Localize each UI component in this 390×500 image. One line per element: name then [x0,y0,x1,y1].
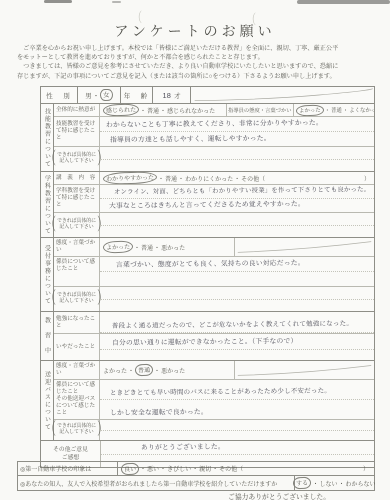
specifics-bubble: （ できれば具体的に記入して下さい ） [54,213,100,237]
option-circled: よかった [103,240,133,253]
bubble-text: できれば具体的に [57,153,96,158]
handwritten-note: ありがとうございました。 [101,441,225,454]
option-separator: ・ [324,106,331,114]
handwritten-note: ときどきとても早い時間のバスに来ることがあったため少し不安だった。 [100,386,331,399]
referral-label: ◎あなたの知人、友人で入校希望者がおられましたら第一自動車学校を紹介していただけ… [18,476,294,490]
bubble-text: できれば具体的に [57,219,96,224]
bus-empty-cell [235,361,374,379]
referral-row: ◎あなたの知人、友人で入校希望者がおられましたら第一自動車学校を紹介していただけ… [18,476,374,490]
bus-staff-label-2: その他送迎バスについて感じたこと [56,396,95,416]
option: しない [320,479,338,488]
reception-empty-cell [235,238,374,256]
handwritten-note: 大事なところはきちんと言ってくださるため覚えやすかった。 [100,199,305,212]
dotted-writing-line: ときどきとても早い時間のバスに来ることがあったため少し不安だった。 [100,380,374,400]
pen-swoosh-mark [191,87,374,103]
option: よくなかった [349,106,374,114]
section-lecture: 学科教習について 講 義 内 容 わかりやすかった・普通・わかりにくかった・その… [41,172,374,238]
reception-staff-label: 係員について感じたこと [54,257,100,286]
intro-line: をモットーとして教習を進めておりますが、何かと不都合を感じられたことと存じます。 [17,53,375,62]
intro-paragraph: ご卒業を心からお祝い申し上げます。本校では「皆様にご満足いただける教習」を全面に… [17,44,375,81]
option-other: その他（ [219,464,243,473]
scanned-survey-page: { "artifacts": { "paren": "（" }, "header… [0,0,390,500]
training-learned-label: 勉強になったこと [54,312,100,333]
option-separator: ・ [311,479,319,488]
specifics-bubble: （ できれば具体的に記入して下さい ） [54,420,100,440]
lecture-content-label: 講 義 内 容 [54,172,100,184]
option: 悪かった [161,243,185,252]
option-separator: ・ [191,464,199,473]
skill-comments-row: 技能教習を受けて特に感じたこと わからないことも丁寧に教えてくださり、非常に分か… [54,117,374,147]
dotted-writing-line: わからないことも丁寧に教えてくださり、非常に分かりやすかった。 [100,117,374,132]
specifics-bubble: （ できれば具体的に記入して下さい ） [54,287,100,311]
option-other: その他（ [241,174,265,183]
lecture-comments-row: 学科教習を受けて特に感じたこと オンライン、対面、どちらとも「わかりやすい授業」… [54,185,374,213]
dotted-writing-line [100,160,374,172]
lecture-content-options: わかりやすかった・普通・わかりにくかった・その他（ ） [100,172,374,184]
bus-comments-row: 係員について感じたこと その他送迎バスについて感じたこと ときどきとても早い時間… [54,380,374,420]
handwritten-note: しかし安全な運転で良かった。 [100,406,208,419]
training-learned-row: 勉強になったこと 普段よく通る道だったので、どこが危ないかをよく教えてくれて勉強… [54,312,374,334]
dotted-writing-line: 普段よく通る道だったので、どこが危ないかをよく教えてくれて勉強になった。 [100,312,374,333]
option-separator: ・ [342,106,349,114]
scan-smudge [297,0,390,4]
bus-staff-label-1: 係員について感じたこと [56,382,95,395]
option-circled: する [293,477,311,490]
option-separator: ・ [92,91,101,100]
lecture-specifics-row: （ できれば具体的に記入して下さい ） [54,213,374,237]
sex-options: 男 ・ 女 [78,87,121,103]
option-separator: ・ [139,106,147,115]
skill-rating-row: 全体的に熱意が 感じられた・普通・感じられなかった 指導員の態度・言葉づかい よ… [54,104,374,117]
bubble-text: 記入して下さい [59,299,93,304]
bubble-text: できれば具体的に [57,424,96,429]
option: 普通 [141,243,153,252]
skill-felt-label: 技能教習を受けて特に感じたこと [54,117,100,146]
dotted-writing-line [100,226,374,238]
option-separator: ・ [153,366,161,375]
option-circled: わかりやすかった [103,172,157,184]
dotted-writing-line [100,287,374,300]
bubble-paren-open: （ [46,219,56,231]
intro-line: つきましては、皆様のご意見を参考にさせていただき、より良い自動車学校にいたしたい… [17,62,375,71]
dotted-writing-line: しかし安全な運転で良かった。 [100,400,374,419]
training-disliked-label: いやだったこと [54,334,100,360]
bubble-text: 記入して下さい [59,430,93,435]
skill-enthusiasm-label: 全体的に熱意が [54,104,100,116]
reception-attitude-options: よかった・普通・悪かった [100,238,235,256]
handwritten-note: 自分の思い通りに運転ができなかったこと。（下手なので） [100,335,298,349]
pen-swoosh-mark [235,238,374,256]
main-survey-table: 性 別 男 ・ 女 年 齢 18 才 技能教習について 全体的に熱意が 感じられ… [40,86,375,468]
bubble-paren-open: （ [46,424,56,436]
age-label: 年 齢 [121,87,153,103]
closing-thanks: ご協力ありがとうございました。 [0,491,330,500]
handwritten-note: わからないことも丁寧に教えてくださり、非常に分かりやすかった。 [100,117,323,131]
option: 普通 [331,106,342,114]
dotted-writing-line: オンライン、対面、どちらとも「わかりやすい授業」を作って下さりとても良かった。 [100,185,374,199]
training-disliked-row: いやだったこと 自分の思い通りに運転ができなかったこと。（下手なので） [54,334,374,360]
dotted-writing-line [100,147,374,160]
option: 感じられなかった [167,106,215,115]
option: きびしい [167,464,191,473]
bus-attitude-label: 態度・言葉づかい [54,361,100,379]
instructor-attitude-options: よかった・普通・よくなかった [294,104,374,116]
section-skill-training: 技能教習について 全体的に熱意が 感じられた・普通・感じられなかった 指導員の態… [41,104,374,172]
dotted-writing-line [100,420,374,431]
profile-row: 性 別 男 ・ 女 年 齢 18 才 [41,87,374,104]
handwritten-note: 普段よく通る道だったので、どこが危ないかをよく教えてくれて勉強になった。 [100,318,353,332]
option: よかった [103,366,127,375]
referral-options: する・しない・わからない [294,476,374,490]
option: 普通 [147,106,159,115]
skill-specifics-row: （ できれば具体的に記入して下さい ） [54,147,374,171]
age-value-cell: 18 才 [153,87,191,103]
dotted-writing-line [100,350,374,360]
option-circled: よかった [296,104,324,116]
option-separator: ・ [211,464,219,473]
section-shuttle-bus: 送迎バスについて 態度・言葉づかい よかった・普通・悪かった 係員について感じた… [41,361,374,441]
other-label-line1: その他ご意見 [53,446,88,454]
dotted-writing-line [100,213,374,226]
survey-title: アンケートのお願い [0,21,390,41]
reception-attitude-label: 態度・言葉づかい [54,238,100,256]
bus-attitude-options: よかった・普通・悪かった [100,361,235,379]
dotted-writing-line: 自分の思い通りに運転ができなかったこと。（下手なので） [100,334,374,350]
option: 悪かった [161,366,185,375]
instructor-attitude-label: 指導員の態度・言葉づかい [227,104,294,116]
scan-smudge [112,1,121,3]
profile-empty-cell [191,87,374,103]
dotted-writing-line [100,300,374,312]
bubble-paren-open: （ [46,153,56,165]
bus-staff-label: 係員について感じたこと その他送迎バスについて感じたこと [54,380,100,419]
option-other-close: ） [364,174,372,183]
bubble-text: できれば具体的に [57,293,96,298]
option-separator: ・ [127,366,135,375]
option-separator: ・ [133,243,141,252]
intro-line: ご卒業を心からお祝い申し上げます。本校では「皆様にご満足いただける教習」を全面に… [17,44,375,53]
impression-options: 良い・悪い・きびしい・親切・その他（ ） [118,462,374,475]
bubble-text: 記入して下さい [59,225,93,230]
handwritten-note: オンライン、対面、どちらとも「わかりやすい授業」を作って下さりとても良かった。 [100,185,370,198]
bubble-paren-open: （ [46,293,56,305]
option-separator: ・ [153,243,161,252]
option-other-close: ） [363,464,371,473]
dotted-writing-line: 言葉づかい、態度がとても良く、気持ちの良い対応だった。 [100,257,374,272]
option: 普通 [165,174,177,183]
option-separator: ・ [159,464,167,473]
bottom-questions-table: ◎第一自動車学校の印象は 良い・悪い・きびしい・親切・その他（ ） ◎あなたの知… [17,461,375,491]
handwritten-note: 指導員の方達とも話しやすく、運転しやすかった。 [100,132,271,146]
reception-specifics-row: （ できれば具体的に記入して下さい ） [54,287,374,311]
impression-row: ◎第一自動車学校の印象は 良い・悪い・きびしい・親切・その他（ ） [18,462,374,476]
option: 親切 [199,464,211,473]
option-separator: ・ [233,174,241,183]
handwritten-note: 言葉づかい、態度がとても良く、気持ちの良い対応だった。 [100,257,305,271]
option-separator: ・ [139,464,147,473]
option-circled: 感じられた [103,104,139,116]
age-unit: 才 [174,91,181,100]
skill-enthusiasm-options: 感じられた・普通・感じられなかった [100,104,227,116]
option-circled: 普通 [135,364,153,377]
bus-specifics-row: （ できれば具体的に記入して下さい ） [54,420,374,440]
bubble-text: 記入して下さい [59,159,93,164]
sex-option-female-circled: 女 [100,89,113,101]
dotted-writing-line: ありがとうございました。 [101,441,374,455]
age-handwritten-value: 18 [162,91,174,100]
pen-swoosh-mark [235,361,374,379]
option: 悪い [147,464,159,473]
dotted-writing-line [100,272,374,286]
option-separator: ・ [157,174,165,183]
option: わからない [346,479,376,488]
reception-rating-row: 態度・言葉づかい よかった・普通・悪かった [54,238,374,257]
option-separator: ・ [159,106,167,115]
lecture-rating-row: 講 義 内 容 わかりやすかった・普通・わかりにくかった・その他（ ） [54,172,374,185]
option-separator: ・ [338,479,346,488]
option: わかりにくかった [185,174,233,183]
section-during-training: 教 習 中 勉強になったこと 普段よく通る道だったので、どこが危ないかをよく教え… [41,312,374,361]
dotted-writing-line [100,431,374,441]
dotted-writing-line: 大事なところはきちんと言ってくださるため覚えやすかった。 [100,199,374,212]
lecture-felt-label: 学科教習を受けて特に感じたこと [54,185,100,212]
reception-comments-row: 係員について感じたこと 言葉づかい、態度がとても良く、気持ちの良い対応だった。 [54,257,374,287]
intro-line: 存じますが、下記の事項についてご意見を記入（または該当の箇所に○をつける）下さる… [17,72,375,81]
section-training-label: 教 習 中 [41,312,54,360]
section-reception: 受付事務について 態度・言葉づかい よかった・普通・悪かった 係員について感じた… [41,238,374,312]
dotted-writing-line: 指導員の方達とも話しやすく、運転しやすかった。 [100,132,374,146]
option-separator: ・ [177,174,185,183]
option-circled: 良い [121,462,139,475]
scan-smudge [44,0,72,3]
specifics-bubble: （ できれば具体的に記入して下さい ） [54,147,100,171]
impression-label: ◎第一自動車学校の印象は [18,462,118,475]
sex-label: 性 別 [41,87,78,103]
bus-rating-row: 態度・言葉づかい よかった・普通・悪かった [54,361,374,380]
